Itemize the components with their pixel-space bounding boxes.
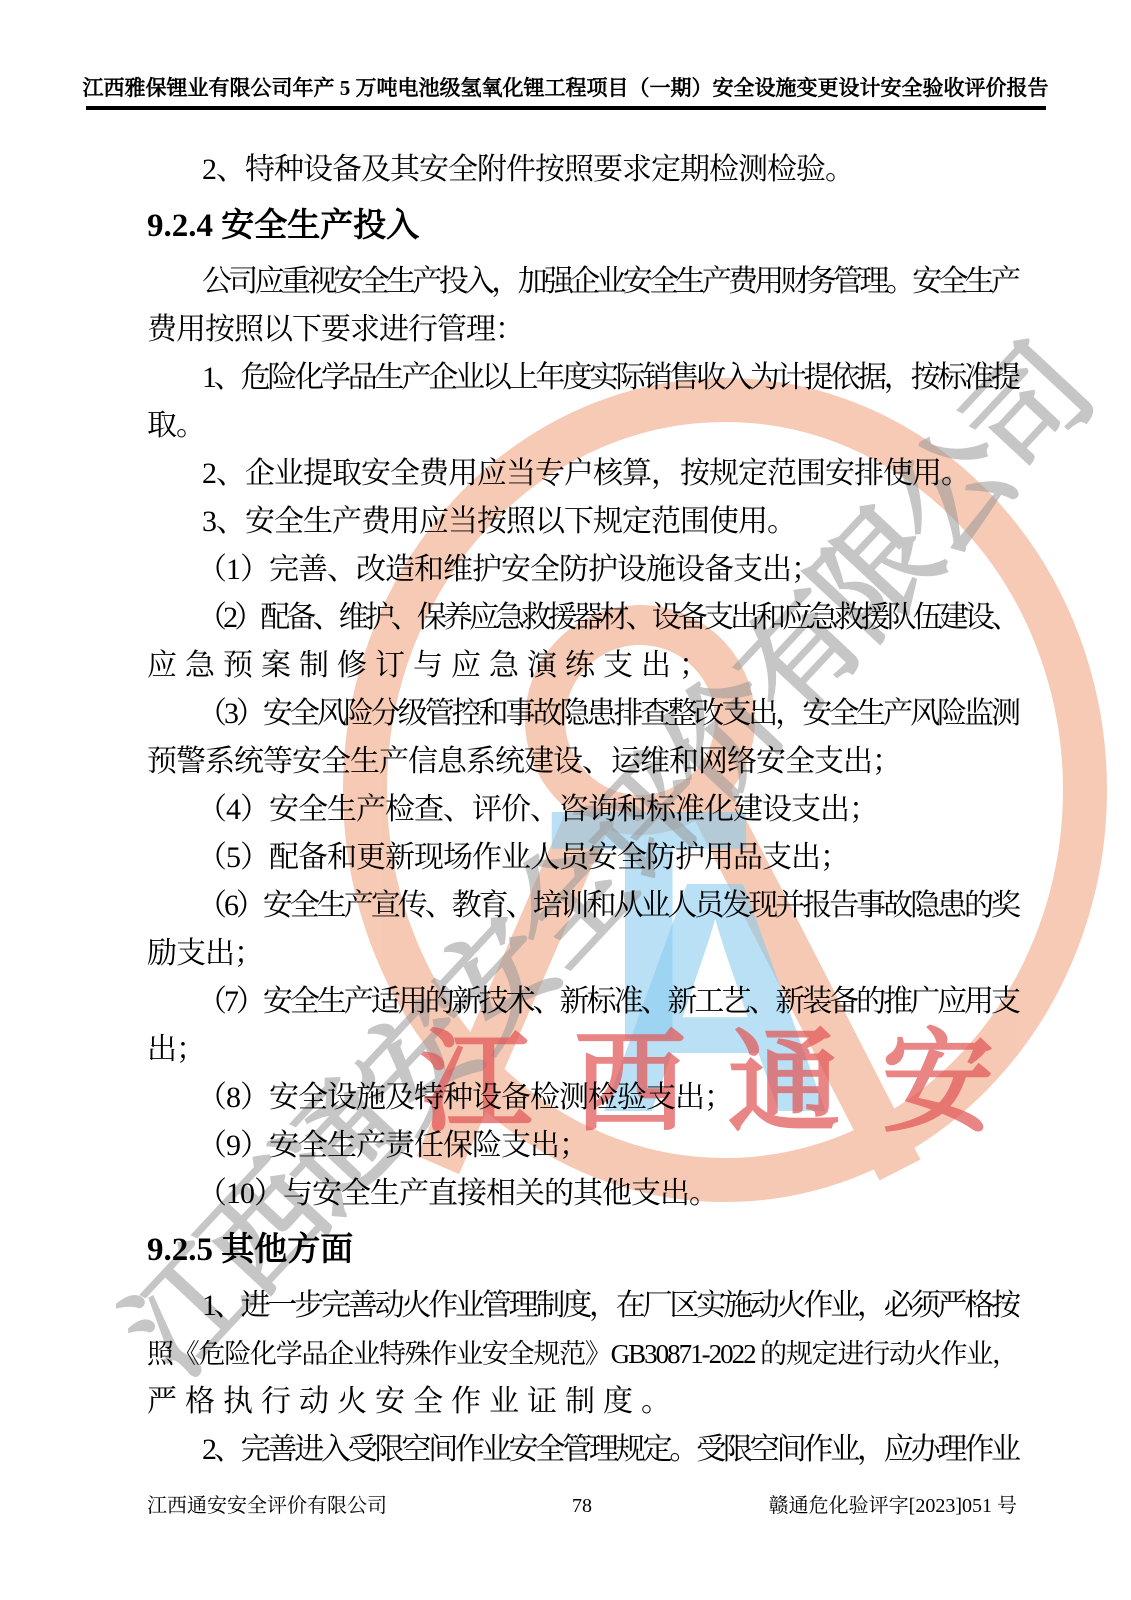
footer-page-number: 78 (572, 1492, 592, 1520)
body-line: （2）配备、维护、保养应急救援器材、设备支出和应急救援队伍建设、 (147, 594, 1017, 642)
body-line: （9）安全生产责任保险支出； (147, 1122, 1017, 1170)
page-footer: 江西通安安全评价有限公司 78 赣通危化验评字[2023]051 号 (147, 1492, 1017, 1520)
section-heading: 9.2.5 其他方面 (147, 1226, 1017, 1274)
body-line: （5）配备和更新现场作业人员安全防护用品支出； (147, 834, 1017, 882)
section-heading: 9.2.4 安全生产投入 (147, 202, 1017, 250)
body-line: 取。 (147, 402, 1017, 450)
document-body: 2、特种设备及其安全附件按照要求定期检测检验。9.2.4 安全生产投入公司应重视… (147, 146, 1017, 1474)
body-line: （3）安全风险分级管控和事故隐患排查整改支出，安全生产风险监测 (147, 690, 1017, 738)
header-rule (86, 106, 1046, 110)
body-line: 应急预案制修订与应急演练支出； (147, 642, 1017, 690)
body-line: 费用按照以下要求进行管理： (147, 306, 1017, 354)
body-line: （10）与安全生产直接相关的其他支出。 (147, 1170, 1017, 1218)
body-line: 严格执行动火安全作业证制度。 (147, 1378, 1017, 1426)
body-line: 2、完善进入受限空间作业安全管理规定。受限空间作业，应办理作业 (147, 1426, 1017, 1474)
body-line: 出； (147, 1026, 1017, 1074)
body-line: （1）完善、改造和维护安全防护设施设备支出； (147, 546, 1017, 594)
body-line: 2、特种设备及其安全附件按照要求定期检测检验。 (147, 146, 1017, 194)
body-line: 3、安全生产费用应当按照以下规定范围使用。 (147, 498, 1017, 546)
body-line: （4）安全生产检查、评价、咨询和标准化建设支出； (147, 786, 1017, 834)
body-line: （8）安全设施及特种设备检测检验支出； (147, 1074, 1017, 1122)
document-page: T A 江西通安安全评价有限公司 江西通安 江西雅保锂业有限公司年产 5 万吨电… (0, 0, 1131, 1600)
body-line: （6）安全生产宣传、教育、培训和从业人员发现并报告事故隐患的奖 (147, 882, 1017, 930)
body-line: 照《危险化学品企业特殊作业安全规范》GB30871-2022 的规定进行动火作业… (147, 1330, 1017, 1378)
footer-doc-number: 赣通危化验评字[2023]051 号 (592, 1492, 1017, 1520)
body-line: 1、危险化学品生产企业以上年度实际销售收入为计提依据，按标准提 (147, 354, 1017, 402)
body-line: 励支出； (147, 930, 1017, 978)
body-line: 公司应重视安全生产投入，加强企业安全生产费用财务管理。安全生产 (147, 258, 1017, 306)
body-line: 2、企业提取安全费用应当专户核算，按规定范围安排使用。 (147, 450, 1017, 498)
body-line: 1、进一步完善动火作业管理制度，在厂区实施动火作业，必须严格按 (147, 1282, 1017, 1330)
footer-company: 江西通安安全评价有限公司 (147, 1492, 572, 1520)
body-line: 预警系统等安全生产信息系统建设、运维和网络安全支出； (147, 738, 1017, 786)
body-line: （7）安全生产适用的新技术、新标准、新工艺、新装备的推广应用支 (147, 978, 1017, 1026)
page-header-title: 江西雅保锂业有限公司年产 5 万吨电池级氢氧化锂工程项目（一期）安全设施变更设计… (0, 72, 1131, 102)
